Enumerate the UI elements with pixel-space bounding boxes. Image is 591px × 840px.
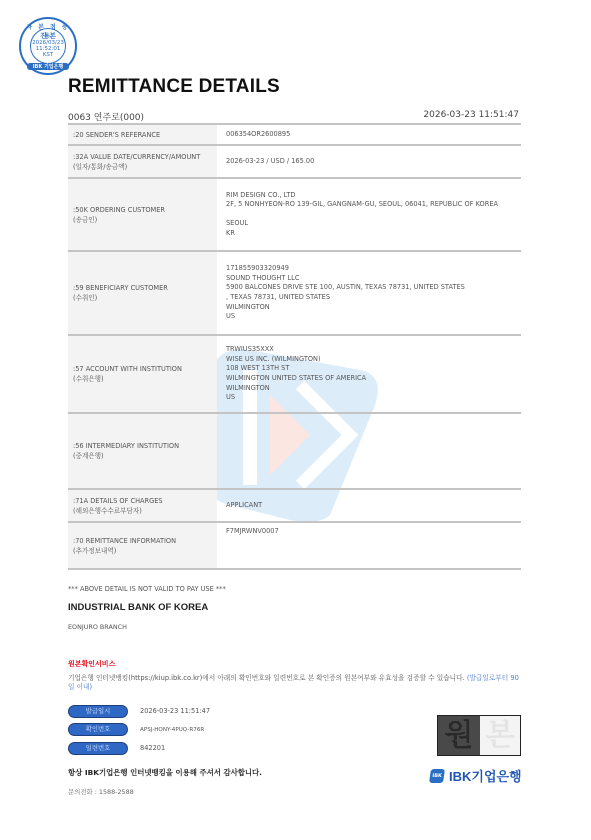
- row-value: 006354OR2600895: [217, 125, 521, 144]
- row-label: :50K ORDERING CUSTOMER (송금인): [68, 179, 217, 250]
- table-row-details-of-charges: :71A DETAILS OF CHARGES (해외은행수수료부담자) APP…: [68, 490, 521, 523]
- branch-name: EONJURO BRANCH: [68, 623, 127, 631]
- row-label: :70 REMITTANCE INFORMATION (추가정보내역): [68, 523, 217, 568]
- stamp-bank: IBK 기업은행: [27, 63, 69, 70]
- row-value: F7MJRWNV0007: [217, 523, 521, 568]
- confirmation-number-row: 확인번호 APSJ-HONY-4PUQ-R76R: [68, 721, 210, 740]
- table-row-intermediary-institution: :56 INTERMEDIARY INSTITUTION (중계은행): [68, 414, 521, 490]
- row-value: [217, 414, 521, 488]
- document-subheader: 0063 연주로(000) 2026-03-23 11:51:47: [68, 110, 519, 124]
- issue-datetime: 2026-03-23 11:51:47: [423, 110, 519, 120]
- row-label: :32A VALUE DATE/CURRENCY/AMOUNT (일자/통화/송…: [68, 146, 217, 177]
- serial-number-row: 일련번호 842201: [68, 739, 210, 758]
- stamp-timezone: KST: [21, 52, 75, 58]
- row-label: :59 BENEFICIARY CUSTOMER (수취인): [68, 252, 217, 334]
- row-value: APPLICANT: [217, 490, 521, 521]
- validity-notice: *** ABOVE DETAIL IS NOT VALID TO PAY USE…: [68, 585, 226, 593]
- branch-code: 0063 연주로(000): [68, 110, 144, 123]
- verification-service-description: 기업은행 인터넷뱅킹(https://kiup.ibk.co.kr)에서 아래의…: [68, 674, 523, 692]
- table-row-value-date-amount: :32A VALUE DATE/CURRENCY/AMOUNT (일자/통화/송…: [68, 146, 521, 179]
- row-label: :20 SENDER'S REFERANCE: [68, 125, 217, 144]
- ibk-logo-icon: IBK: [429, 769, 445, 783]
- row-label: :56 INTERMEDIARY INSTITUTION (중계은행): [68, 414, 217, 488]
- table-row-beneficiary-customer: :59 BENEFICIARY CUSTOMER (수취인) 171855903…: [68, 252, 521, 336]
- row-label: :71A DETAILS OF CHARGES (해외은행수수료부담자): [68, 490, 217, 521]
- original-mark-char-1: 원: [440, 717, 478, 755]
- table-row-remittance-information: :70 REMITTANCE INFORMATION (추가정보내역) F7MJ…: [68, 523, 521, 570]
- row-value: 171855903320949 SOUND THOUGHT LLC 5900 B…: [217, 252, 521, 334]
- table-row-senders-reference: :20 SENDER'S REFERANCE 006354OR2600895: [68, 125, 521, 146]
- issue-datetime-value: 2026-03-23 11:51:47: [140, 707, 210, 715]
- row-label: :57 ACCOUNT WITH INSTITUTION (수취은행): [68, 336, 217, 412]
- thanks-message: 항상 IBK기업은행 인터넷뱅킹을 이용해 주셔서 감사합니다.: [68, 767, 262, 778]
- verification-info: 발급일시 2026-03-23 11:51:47 확인번호 APSJ-HONY-…: [68, 702, 210, 758]
- table-row-ordering-customer: :50K ORDERING CUSTOMER (송금인) RIM DESIGN …: [68, 179, 521, 252]
- table-row-account-with-institution: :57 ACCOUNT WITH INSTITUTION (수취은행) TRWI…: [68, 336, 521, 414]
- certification-stamp: 사 본 접 증 용 진 본 2026/03/23 11:52:01 KST IB…: [19, 17, 77, 75]
- row-value: 2026-03-23 / USD / 165.00: [217, 146, 521, 177]
- ibk-logo-text: IBK기업은행: [449, 766, 522, 785]
- confirmation-number-value: APSJ-HONY-4PUQ-R76R: [140, 727, 204, 733]
- contact-phone: 문의전화 : 1588-2588: [68, 787, 134, 796]
- serial-number-value: 842201: [140, 744, 165, 752]
- row-value: TRWIUS35XXX WISE US INC. (WILMINGTON) 10…: [217, 336, 521, 412]
- verification-service-title: 원본확인서비스: [68, 659, 115, 669]
- ibk-logo: IBK IBK기업은행: [430, 766, 522, 785]
- remittance-details-table: :20 SENDER'S REFERANCE 006354OR2600895 :…: [68, 123, 521, 570]
- row-value: RIM DESIGN CO., LTD 2F, 5 NONHYEON-RO 13…: [217, 179, 521, 250]
- stamp-datetime: 2026/03/23 11:52:01 KST: [21, 40, 75, 58]
- page-title: REMITTANCE DETAILS: [68, 76, 280, 98]
- original-mark-char-2: 본: [481, 717, 519, 755]
- issue-datetime-row: 발급일시 2026-03-23 11:51:47: [68, 702, 210, 721]
- bank-name: INDUSTRIAL BANK OF KOREA: [68, 602, 208, 613]
- original-document-mark: 원 본: [437, 715, 521, 756]
- serial-number-label: 일련번호: [68, 742, 128, 755]
- issue-datetime-label: 발급일시: [68, 705, 128, 718]
- confirmation-number-label: 확인번호: [68, 723, 128, 736]
